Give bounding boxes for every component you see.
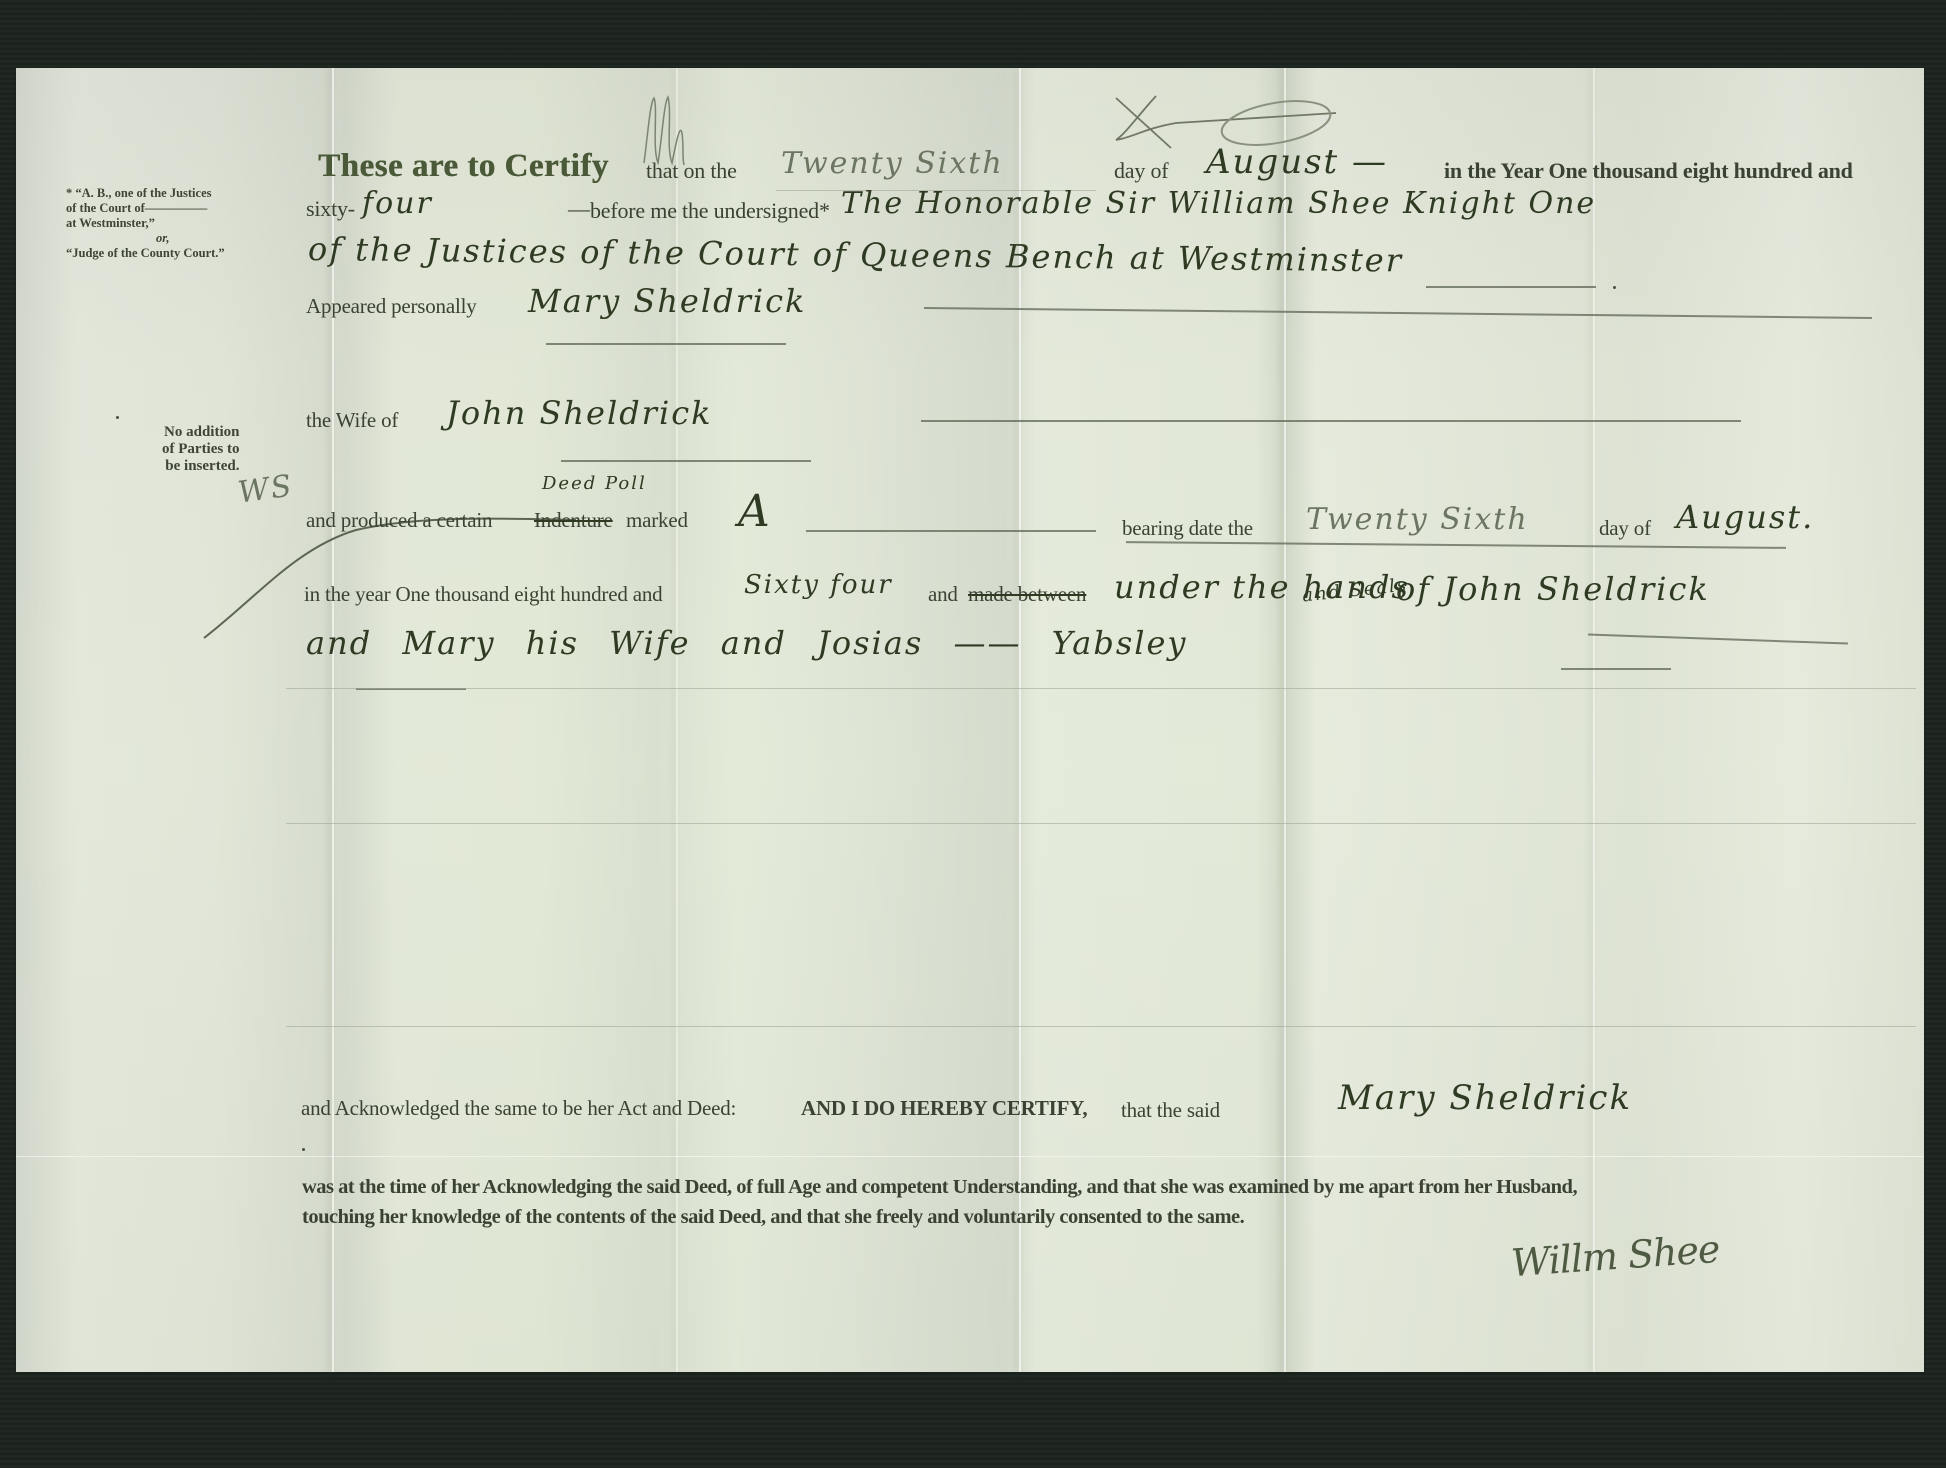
handwritten-husband-name: John Sheldrick — [446, 394, 713, 432]
handwritten-deed-month: August. — [1676, 498, 1814, 536]
handwritten-officer: The Honorable Sir William Shee Knight On… — [841, 186, 1596, 221]
fill-line — [806, 530, 1096, 532]
printed-text: that the said — [1121, 1098, 1220, 1123]
printed-text: and — [928, 582, 958, 607]
fill-line — [1588, 633, 1848, 644]
printed-text: that on the — [646, 158, 737, 184]
printed-certify-caps: AND I DO HEREBY CERTIFY, — [801, 1096, 1087, 1121]
fill-line — [921, 420, 1741, 422]
margin-note-line: or, — [66, 231, 225, 246]
certificate-heading: These are to Certify — [318, 148, 609, 185]
printed-text: in the Year One thousand eight hundred a… — [1444, 158, 1853, 184]
printed-text: sixty- — [306, 196, 355, 222]
fill-line — [1126, 541, 1786, 549]
struck-text-indenture: Indenture — [534, 508, 613, 533]
margin-note-parties: No addition of Parties to be inserted. — [162, 424, 239, 475]
margin-initials: WS — [236, 468, 296, 510]
justice-signature: Willm Shee — [1510, 1227, 1721, 1285]
guide-line — [286, 688, 1916, 689]
paper-fold — [16, 1156, 1924, 1157]
margin-note-line: “Judge of the County Court.” — [66, 246, 225, 261]
printed-text: the Wife of — [306, 408, 398, 433]
printed-text: day of — [1114, 158, 1168, 184]
printed-dash: — — [568, 196, 590, 222]
printed-text: in the year One thousand eight hundred a… — [304, 582, 662, 607]
printed-closing-line: touching her knowledge of the contents o… — [302, 1206, 1244, 1229]
printed-text: and Acknowledged the same to be her Act … — [301, 1096, 736, 1121]
handwritten-mark: A — [738, 486, 772, 537]
paper-fold — [1593, 68, 1595, 1372]
handwritten-parties: and Mary his Wife and Josias —— Yabsley — [306, 624, 1188, 662]
handwritten-year: four — [362, 186, 433, 221]
ink-speck — [1613, 286, 1616, 289]
ink-speck — [116, 416, 119, 419]
struck-text-made-between: made between — [968, 582, 1086, 607]
margin-note-line: * “A. B., one of the Justices — [66, 186, 225, 201]
handwritten-text: under the hands — [1114, 568, 1410, 606]
guide-line — [286, 1026, 1916, 1027]
handwritten-text: of John Sheldrick — [1396, 570, 1710, 608]
handwritten-deed-year: Sixty four — [744, 570, 893, 600]
handwritten-deed-day: Twenty Sixth — [1306, 502, 1529, 537]
fill-line — [561, 460, 811, 462]
margin-note-line: at Westminster,” — [66, 216, 225, 231]
handwritten-officer-continued: of the Justices of the Court of Queens B… — [308, 230, 1403, 279]
fill-line — [546, 343, 786, 345]
printed-text: day of — [1599, 516, 1651, 541]
printed-text: marked — [626, 508, 688, 533]
printed-text: Appeared personally — [306, 294, 477, 319]
margin-note-line: be inserted. — [162, 458, 239, 475]
certificate-document: * “A. B., one of the Justices of the Cou… — [16, 68, 1924, 1372]
printed-text: and produced a certain — [306, 508, 492, 533]
margin-note-line: of Parties to — [162, 441, 239, 458]
printed-text: bearing date the — [1122, 516, 1253, 541]
fill-line — [1561, 668, 1671, 670]
handwritten-appeared-name: Mary Sheldrick — [528, 282, 806, 320]
guide-line — [286, 823, 1916, 824]
printed-closing-line: was at the time of her Acknowledging the… — [302, 1176, 1577, 1199]
margin-note-line: No addition — [162, 424, 239, 441]
margin-note-justice: * “A. B., one of the Justices of the Cou… — [66, 186, 225, 261]
handwritten-acknowledging-name: Mary Sheldrick — [1338, 1078, 1632, 1118]
fill-line — [924, 307, 1872, 319]
interlined-deed-poll: Deed Poll — [542, 473, 647, 494]
handwritten-day: Twenty Sixth — [781, 146, 1004, 181]
fill-line — [1426, 286, 1596, 288]
printed-text: before me the undersigned* — [590, 198, 830, 224]
margin-note-line: of the Court of————— — [66, 201, 225, 216]
ink-speck — [302, 1148, 305, 1151]
handwritten-month: August — — [1206, 142, 1388, 182]
